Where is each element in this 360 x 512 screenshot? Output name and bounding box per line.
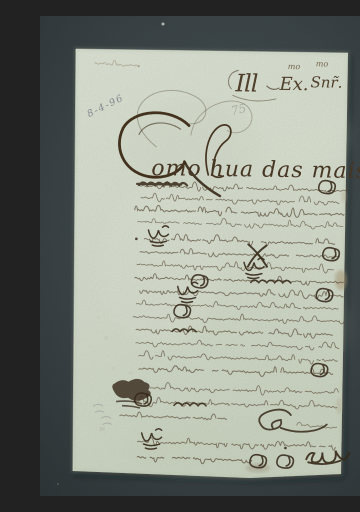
photo-grain xyxy=(40,16,360,496)
manuscript-photograph: 8-4-96 75 Ill mo Ex. mo Snr̃. omo hua da… xyxy=(40,16,360,496)
photo-canvas: 8-4-96 75 Ill mo Ex. mo Snr̃. omo hua da… xyxy=(40,16,360,496)
